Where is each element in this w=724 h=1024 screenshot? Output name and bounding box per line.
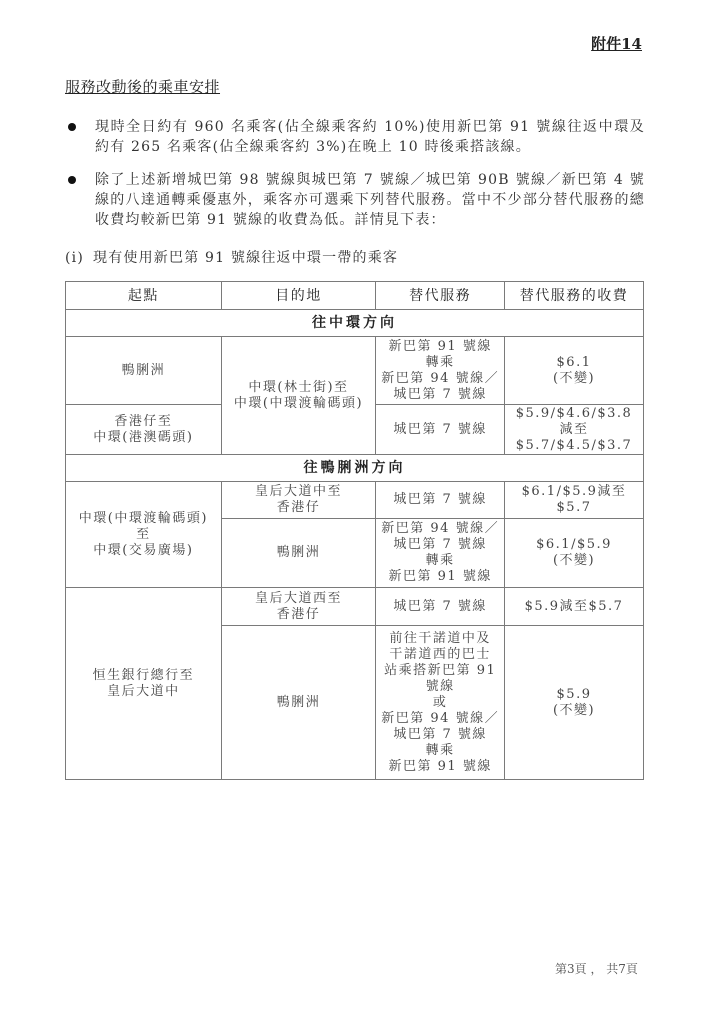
fare-cell: $6.1 (不變) — [505, 337, 644, 405]
destination-cell: 鴨脷洲 — [221, 519, 376, 588]
origin-cell: 香港仔至 中環(港澳碼頭) — [66, 405, 222, 455]
fare-cell: $5.9/$4.6/$3.8 減至 $5.7/$4.5/$3.7 — [505, 405, 644, 455]
destination-cell: 皇后大道中至 香港仔 — [221, 482, 376, 519]
annex-label: 附件14 — [591, 33, 642, 54]
service-cell: 城巴第 7 號線 — [376, 482, 505, 519]
section-title: 往中環方向 — [66, 310, 644, 337]
service-cell: 新巴第 91 號線 轉乘 新巴第 94 號線／ 城巴第 7 號線 — [376, 337, 505, 405]
bullet-item: 現時全日約有 960 名乘客(佔全線乘客約 10%)使用新巴第 91 號線往返中… — [65, 117, 645, 157]
subheading-text: 現有使用新巴第 91 號線往返中環一帶的乘客 — [93, 250, 398, 266]
fare-cell: $5.9減至$5.7 — [505, 588, 644, 626]
table-row: 中環(中環渡輪碼頭) 至 中環(交易廣場) 皇后大道中至 香港仔 城巴第 7 號… — [66, 482, 644, 519]
origin-cell: 中環(中環渡輪碼頭) 至 中環(交易廣場) — [66, 482, 222, 588]
service-cell: 新巴第 94 號線／ 城巴第 7 號線 轉乘 新巴第 91 號線 — [376, 519, 505, 588]
fare-cell: $6.1/$5.9 (不變) — [505, 519, 644, 588]
header-origin: 起點 — [66, 282, 222, 310]
service-cell: 城巴第 7 號線 — [376, 405, 505, 455]
destination-cell: 中環(林士街)至 中環(中環渡輪碼頭) — [221, 337, 376, 455]
service-cell: 前往干諾道中及 干諾道西的巴士 站乘搭新巴第 91 號線 或 新巴第 94 號線… — [376, 626, 505, 780]
origin-cell: 鴨脷洲 — [66, 337, 222, 405]
bullet-item: 除了上述新增城巴第 98 號線與城巴第 7 號線／城巴第 90B 號線／新巴第 … — [65, 170, 645, 230]
fare-cell: $5.9 (不變) — [505, 626, 644, 780]
subheading: (i)現有使用新巴第 91 號線往返中環一帶的乘客 — [65, 247, 398, 267]
header-alt-service: 替代服務 — [376, 282, 505, 310]
page-indicator: 第3頁 ， 共7頁 — [555, 960, 638, 977]
destination-cell: 鴨脷洲 — [221, 626, 376, 780]
section-row: 往鴨脷洲方向 — [66, 455, 644, 482]
table-header-row: 起點 目的地 替代服務 替代服務的收費 — [66, 282, 644, 310]
section-heading: 服務改動後的乘車安排 — [65, 76, 220, 97]
alternative-services-table: 起點 目的地 替代服務 替代服務的收費 往中環方向 鴨脷洲 中環(林士街)至 中… — [65, 281, 644, 780]
service-cell: 城巴第 7 號線 — [376, 588, 505, 626]
header-destination: 目的地 — [221, 282, 376, 310]
subheading-number: (i) — [65, 250, 93, 266]
section-title: 往鴨脷洲方向 — [66, 455, 644, 482]
bullet-dot-icon — [68, 123, 76, 131]
bullet-text: 現時全日約有 960 名乘客(佔全線乘客約 10%)使用新巴第 91 號線往返中… — [95, 117, 645, 157]
table-row: 恒生銀行總行至 皇后大道中 皇后大道西至 香港仔 城巴第 7 號線 $5.9減至… — [66, 588, 644, 626]
table-row: 鴨脷洲 中環(林士街)至 中環(中環渡輪碼頭) 新巴第 91 號線 轉乘 新巴第… — [66, 337, 644, 405]
destination-cell: 皇后大道西至 香港仔 — [221, 588, 376, 626]
fare-cell: $6.1/$5.9減至$5.7 — [505, 482, 644, 519]
section-row: 往中環方向 — [66, 310, 644, 337]
bullet-text: 除了上述新增城巴第 98 號線與城巴第 7 號線／城巴第 90B 號線／新巴第 … — [95, 170, 645, 230]
bullet-dot-icon — [68, 176, 76, 184]
origin-cell: 恒生銀行總行至 皇后大道中 — [66, 588, 222, 780]
header-alt-fare: 替代服務的收費 — [505, 282, 644, 310]
